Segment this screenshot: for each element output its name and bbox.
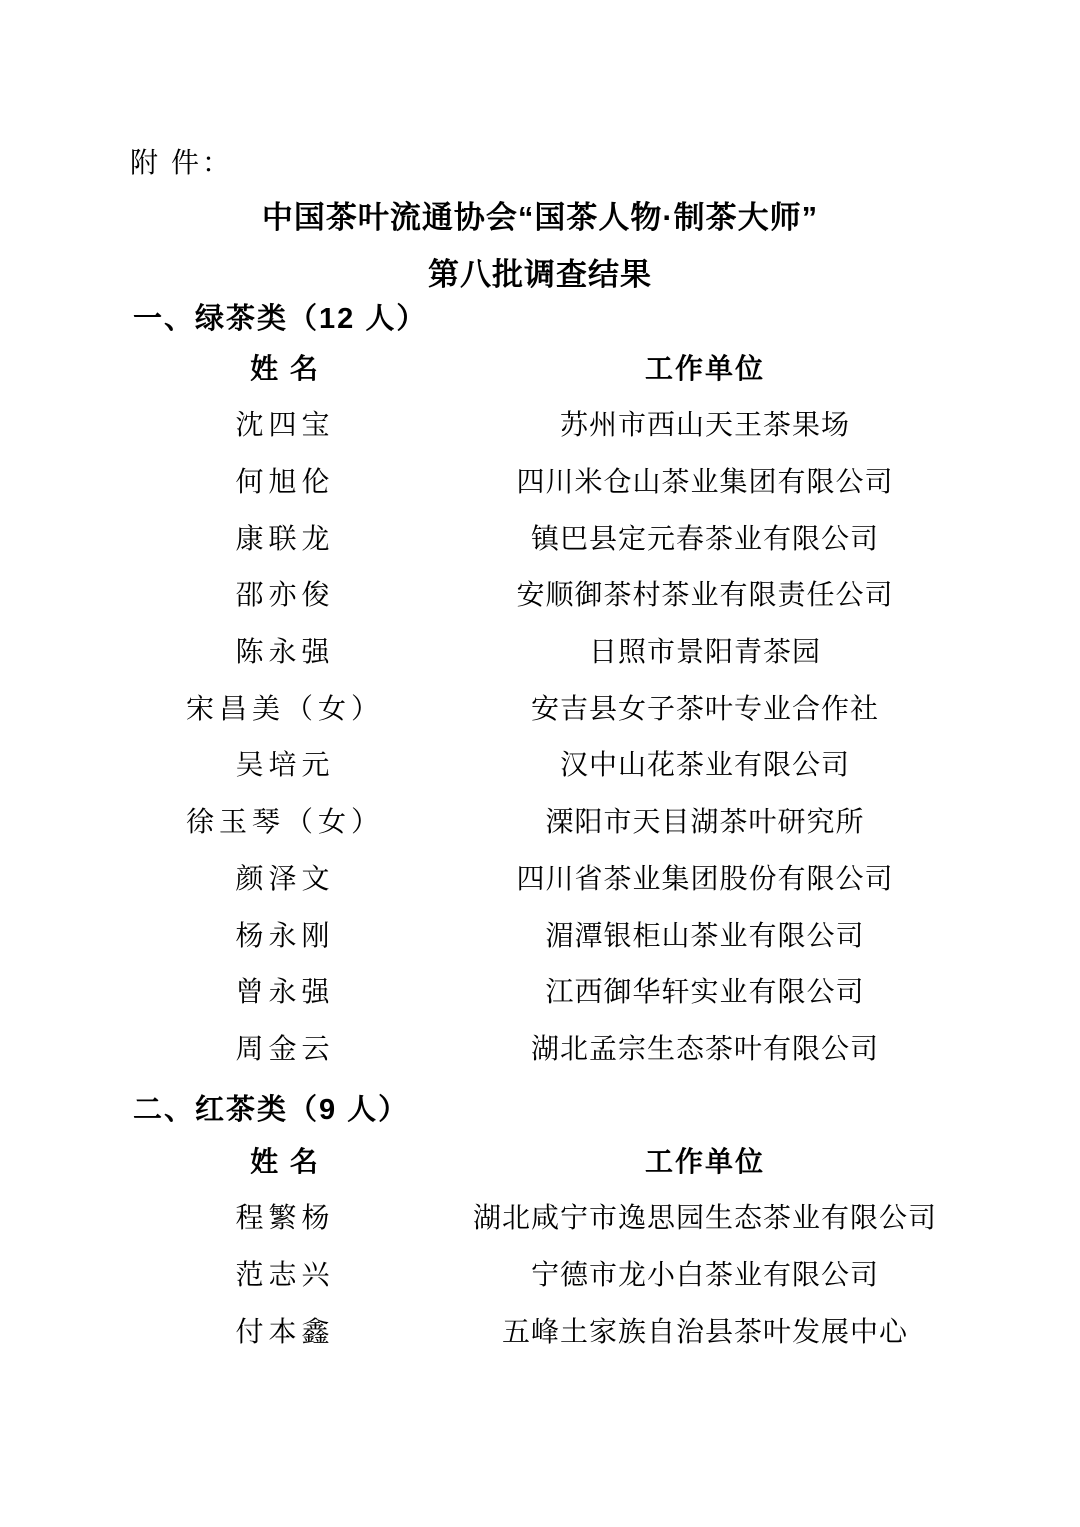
table-row: 颜泽文 四川省茶业集团股份有限公司 xyxy=(120,849,960,906)
table-row: 付本鑫 五峰土家族自治县茶叶发展中心 xyxy=(120,1301,960,1358)
table-row: 曾永强 江西御华轩实业有限公司 xyxy=(120,962,960,1019)
section-heading-green-tea: 一、绿茶类（12 人） xyxy=(133,296,427,337)
work-unit: 湖北孟宗生态茶叶有限公司 xyxy=(450,1027,960,1067)
column-header-name: 姓 名 xyxy=(120,1140,450,1180)
table-row: 程繁杨 湖北咸宁市逸思园生态茶业有限公司 xyxy=(120,1188,960,1245)
work-unit: 汉中山花茶业有限公司 xyxy=(450,743,960,783)
person-name: 杨永刚 xyxy=(120,914,450,954)
person-name: 陈永强 xyxy=(120,630,450,670)
column-header-unit: 工作单位 xyxy=(450,1140,960,1180)
work-unit: 五峰土家族自治县茶叶发展中心 xyxy=(450,1310,960,1350)
person-name: 付本鑫 xyxy=(120,1310,450,1350)
work-unit: 湄潭银柜山茶业有限公司 xyxy=(450,914,960,954)
table-row: 陈永强 日照市景阳青茶园 xyxy=(120,622,960,679)
table-row: 杨永刚 湄潭银柜山茶业有限公司 xyxy=(120,905,960,962)
table-row: 周金云 湖北孟宗生态茶叶有限公司 xyxy=(120,1019,960,1076)
document-subtitle: 第八批调查结果 xyxy=(0,249,1080,294)
person-name: 周金云 xyxy=(120,1027,450,1067)
work-unit: 四川米仓山茶业集团有限公司 xyxy=(450,460,960,500)
table-row: 康联龙 镇巴县定元春茶业有限公司 xyxy=(120,508,960,565)
work-unit: 镇巴县定元春茶业有限公司 xyxy=(450,517,960,557)
person-name: 程繁杨 xyxy=(120,1196,450,1236)
attachment-label: 附 件： xyxy=(130,141,233,181)
table-row: 邵亦俊 安顺御茶村茶业有限责任公司 xyxy=(120,565,960,622)
work-unit: 溧阳市天目湖茶叶研究所 xyxy=(450,800,960,840)
black-tea-table: 姓 名 工作单位 程繁杨 湖北咸宁市逸思园生态茶业有限公司 范志兴 宁德市龙小白… xyxy=(120,1131,960,1358)
work-unit: 四川省茶业集团股份有限公司 xyxy=(450,857,960,897)
table-row: 宋昌美（女） 安吉县女子茶叶专业合作社 xyxy=(120,678,960,735)
person-name: 吴培元 xyxy=(120,743,450,783)
person-name: 宋昌美（女） xyxy=(120,687,450,727)
work-unit: 苏州市西山天王茶果场 xyxy=(450,403,960,443)
person-name: 曾永强 xyxy=(120,970,450,1010)
work-unit: 安吉县女子茶叶专业合作社 xyxy=(450,687,960,727)
person-name: 何旭伦 xyxy=(120,460,450,500)
person-name: 范志兴 xyxy=(120,1253,450,1293)
person-name: 康联龙 xyxy=(120,517,450,557)
document-title: 中国茶叶流通协会“国茶人物·制茶大师” xyxy=(0,192,1080,237)
document-page: 附 件： 中国茶叶流通协会“国茶人物·制茶大师” 第八批调查结果 一、绿茶类（1… xyxy=(0,0,1080,1527)
work-unit: 宁德市龙小白茶业有限公司 xyxy=(450,1253,960,1293)
person-name: 沈四宝 xyxy=(120,403,450,443)
column-header-unit: 工作单位 xyxy=(450,347,960,387)
person-name: 颜泽文 xyxy=(120,857,450,897)
table-row: 何旭伦 四川米仓山茶业集团有限公司 xyxy=(120,452,960,509)
work-unit: 日照市景阳青茶园 xyxy=(450,630,960,670)
table-row: 沈四宝 苏州市西山天王茶果场 xyxy=(120,395,960,452)
table-row: 徐玉琴（女） 溧阳市天目湖茶叶研究所 xyxy=(120,792,960,849)
person-name: 邵亦俊 xyxy=(120,573,450,613)
green-tea-table: 姓 名 工作单位 沈四宝 苏州市西山天王茶果场 何旭伦 四川米仓山茶业集团有限公… xyxy=(120,338,960,1075)
table-row: 吴培元 汉中山花茶业有限公司 xyxy=(120,735,960,792)
person-name: 徐玉琴（女） xyxy=(120,800,450,840)
column-header-name: 姓 名 xyxy=(120,347,450,387)
work-unit: 安顺御茶村茶业有限责任公司 xyxy=(450,573,960,613)
table-header-row: 姓 名 工作单位 xyxy=(120,338,960,395)
work-unit: 湖北咸宁市逸思园生态茶业有限公司 xyxy=(450,1196,960,1236)
table-header-row: 姓 名 工作单位 xyxy=(120,1131,960,1188)
section-heading-black-tea: 二、红茶类（9 人） xyxy=(133,1087,409,1128)
work-unit: 江西御华轩实业有限公司 xyxy=(450,970,960,1010)
table-row: 范志兴 宁德市龙小白茶业有限公司 xyxy=(120,1245,960,1302)
